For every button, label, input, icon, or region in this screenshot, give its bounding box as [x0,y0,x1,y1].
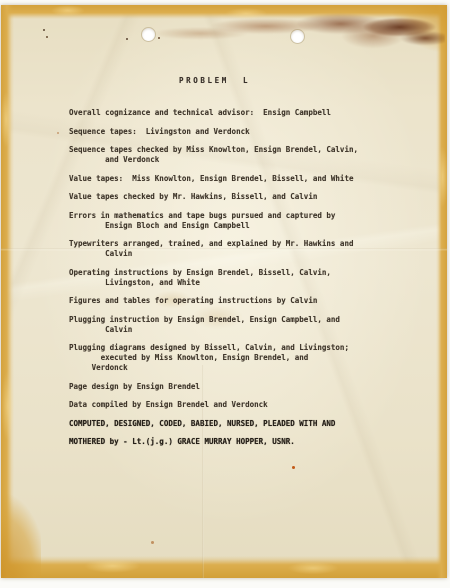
punch-hole-left [142,28,155,41]
credit-entry: Overall cognizance and technical advisor… [69,108,409,118]
entry-line: Ensign Bloch and Ensign Campbell [69,221,409,231]
ink-speck [158,37,160,39]
entry-line: Value tapes: Miss Knowlton, Ensign Brend… [69,174,409,184]
entry-line: Sequence tapes: Livingston and Verdonck [69,127,409,137]
credit-entry: Operating instructions by Ensign Brendel… [69,268,409,288]
rust-speck [151,541,154,544]
credit-entry: Data compiled by Ensign Brendel and Verd… [69,400,409,410]
credit-entry: Sequence tapes checked by Miss Knowlton,… [69,145,409,165]
credit-entry: Plugging instruction by Ensign Brendel, … [69,315,409,335]
entry-line: Calvin [69,325,409,335]
tape-residue-left [1,5,14,578]
entry-line: Data compiled by Ensign Brendel and Verd… [69,400,409,410]
rust-speck [292,466,295,469]
typewritten-content: PROBLEM L Overall cognizance and technic… [69,76,409,456]
credit-entry: Value tapes checked by Mr. Hawkins, Biss… [69,192,409,202]
entry-line: Typewriters arranged, trained, and expla… [69,239,409,249]
tape-residue-right [436,5,447,578]
tape-residue-top [1,5,447,19]
credit-entry: Figures and tables for operating instruc… [69,296,409,306]
entry-line: Operating instructions by Ensign Brendel… [69,268,409,278]
entry-line: Overall cognizance and technical advisor… [69,108,409,118]
credit-entry: COMPUTED, DESIGNED, CODED, BABIED, NURSE… [69,419,409,429]
entry-line: Figures and tables for operating instruc… [69,296,409,306]
ink-speck [126,38,128,40]
rust-speck [57,132,59,134]
credit-entry: MOTHERED by - Lt.(j.g.) GRACE MURRAY HOP… [69,437,409,447]
credit-entry: Value tapes: Miss Knowlton, Ensign Brend… [69,174,409,184]
entries-list: Overall cognizance and technical advisor… [69,108,409,447]
entry-line: and Verdonck [69,155,409,165]
page-title: PROBLEM L [179,76,409,86]
punch-hole-right [291,30,304,43]
entry-line: executed by Miss Knowlton, Ensign Brende… [69,353,409,363]
paper-sheet: PROBLEM L Overall cognizance and technic… [1,5,447,578]
credit-entry: Errors in mathematics and tape bugs purs… [69,211,409,231]
entry-line: Errors in mathematics and tape bugs purs… [69,211,409,221]
ink-speck [46,36,48,38]
entry-line: Sequence tapes checked by Miss Knowlton,… [69,145,409,155]
entry-line: Value tapes checked by Mr. Hawkins, Biss… [69,192,409,202]
entry-line: Calvin [69,249,409,259]
credit-entry: Sequence tapes: Livingston and Verdonck [69,127,409,137]
entry-line: Livingston, and White [69,278,409,288]
tape-residue-corner-bottom-left [1,483,41,578]
entry-line: Plugging diagrams designed by Bissell, C… [69,343,409,353]
entry-line: MOTHERED by - Lt.(j.g.) GRACE MURRAY HOP… [69,437,409,447]
rust-stain-top [119,7,445,55]
tape-residue-corner-top-right [387,5,447,55]
credit-entry: Typewriters arranged, trained, and expla… [69,239,409,259]
entry-line: COMPUTED, DESIGNED, CODED, BABIED, NURSE… [69,419,409,429]
entry-line: Verdonck [69,363,409,373]
tape-residue-bottom [1,556,447,578]
credit-entry: Page design by Ensign Brendel [69,382,409,392]
ink-speck [43,29,45,31]
entry-line: Plugging instruction by Ensign Brendel, … [69,315,409,325]
entry-line: Page design by Ensign Brendel [69,382,409,392]
credit-entry: Plugging diagrams designed by Bissell, C… [69,343,409,373]
